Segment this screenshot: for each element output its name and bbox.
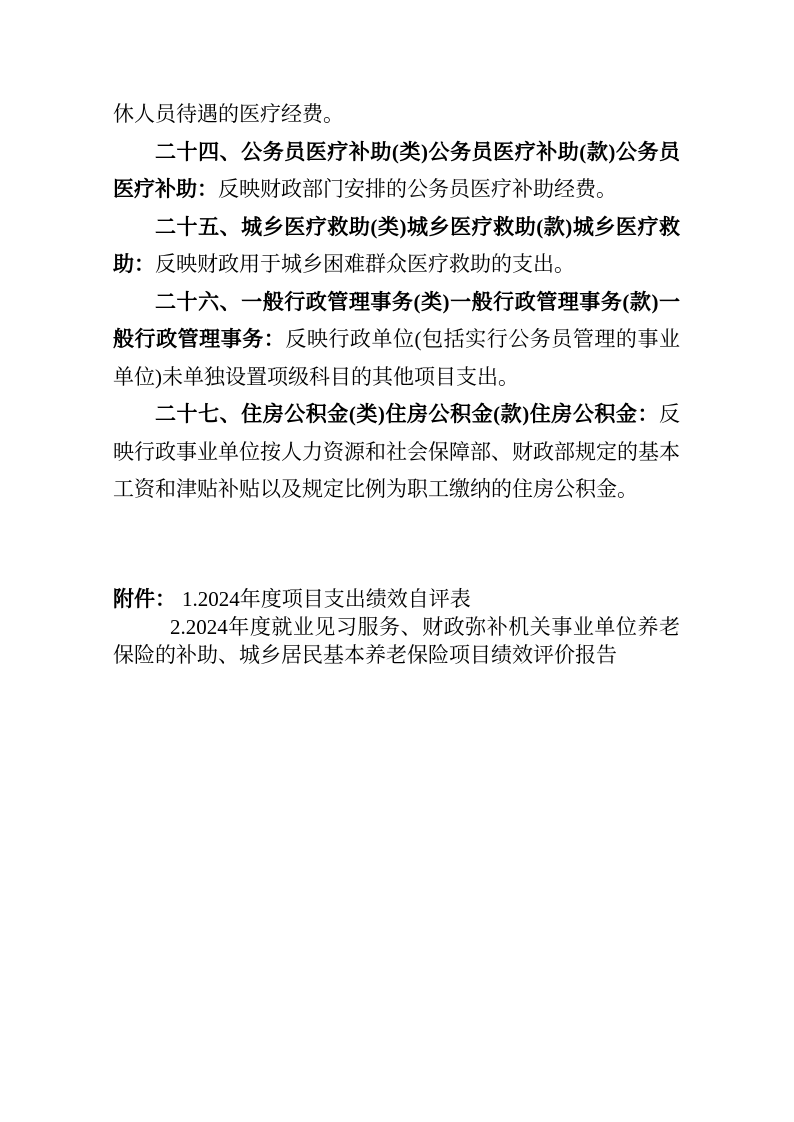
attachment-item-2-text: 2.2024年度就业见习服务、财政弥补机关事业单位养老保险的补助、城乡居民基本养… (113, 615, 680, 667)
attachment-item-1: 1.2024年度项目支出绩效自评表 (182, 587, 471, 611)
paragraph-item-24: 二十四、公务员医疗补助(类)公务员医疗补助(款)公务员医疗补助：反映财政部门安排… (113, 134, 680, 209)
paragraph-item-26: 二十六、一般行政管理事务(类)一般行政管理事务(款)一般行政管理事务：反映行政单… (113, 284, 680, 397)
paragraph-item-27: 二十七、住房公积金(类)住房公积金(款)住房公积金：反映行政事业单位按人力资源和… (113, 396, 680, 509)
paragraph-continuation: 休人员待遇的医疗经费。 (113, 96, 680, 134)
attachments-label: 附件： (113, 587, 182, 611)
paragraph-body: 反映财政部门安排的公务员医疗补助经费。 (218, 177, 617, 201)
attachments-section: 附件：1.2024年度项目支出绩效自评表 2.2024年度就业见习服务、财政弥补… (113, 585, 680, 669)
page-content: 休人员待遇的医疗经费。 二十四、公务员医疗补助(类)公务员医疗补助(款)公务员医… (113, 96, 680, 669)
attachment-item-2: 2.2024年度就业见习服务、财政弥补机关事业单位养老保险的补助、城乡居民基本养… (113, 613, 680, 669)
paragraph-item-25: 二十五、城乡医疗救助(类)城乡医疗救助(款)城乡医疗救助：反映财政用于城乡困难群… (113, 209, 680, 284)
paragraph-body: 休人员待遇的医疗经费。 (113, 102, 344, 126)
attachment-line-1: 附件：1.2024年度项目支出绩效自评表 (113, 585, 680, 613)
paragraph-lead: 二十七、住房公积金(类)住房公积金(款)住房公积金： (155, 402, 659, 426)
document-page: 休人员待遇的医疗经费。 二十四、公务员医疗补助(类)公务员医疗补助(款)公务员医… (0, 0, 794, 1122)
paragraph-body: 反映财政用于城乡困难群众医疗救助的支出。 (155, 252, 575, 276)
